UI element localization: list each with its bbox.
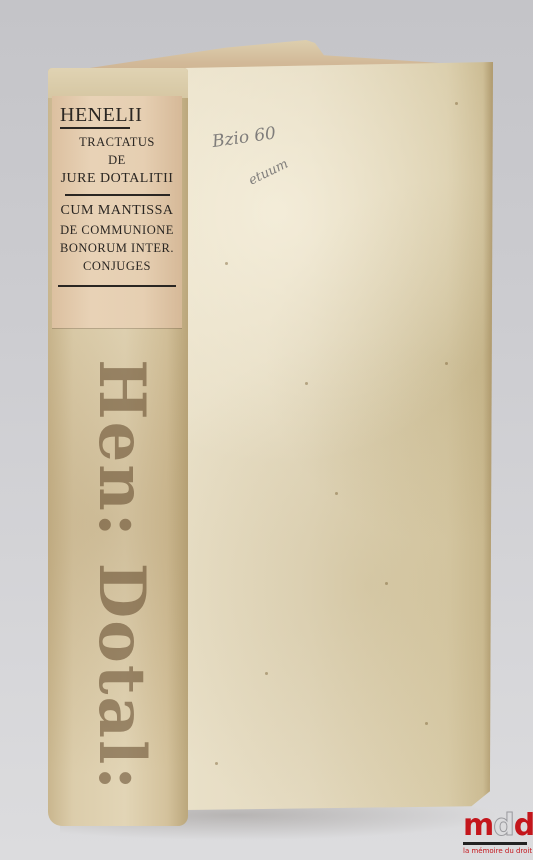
spine-title-text: Hen: Dotal: xyxy=(84,359,159,792)
label-rule xyxy=(60,127,130,129)
logo-mark: mdd xyxy=(463,812,533,840)
logo-tagline: la mémoire du droit xyxy=(463,847,533,855)
book-photo: Bzio 60 etuum Henelii Tractatus De Jure … xyxy=(0,0,533,860)
label-line: Tractatus xyxy=(52,133,182,151)
label-line: De Communione xyxy=(52,221,182,239)
label-rule xyxy=(65,194,170,196)
pencil-inscription: Bzio 60 etuum xyxy=(210,111,320,204)
label-line: Cum Mantissa xyxy=(52,201,182,221)
spine-head-cap xyxy=(48,68,188,98)
cover-edge-shading xyxy=(483,62,493,810)
spine-title: Hen: Dotal: xyxy=(66,330,176,820)
spine-label: Henelii Tractatus De Jure Dotalitii Cum … xyxy=(52,96,182,328)
label-line: Jure Dotalitii xyxy=(52,169,182,189)
label-author: Henelii xyxy=(52,104,182,127)
label-rule xyxy=(58,285,176,287)
inscription-line-1: Bzio 60 xyxy=(211,123,277,152)
label-line: De xyxy=(52,151,182,169)
label-line: Bonorum Inter. xyxy=(52,239,182,257)
label-line: Conjuges xyxy=(52,257,182,275)
mdd-logo: mdd la mémoire du droit xyxy=(463,812,533,860)
